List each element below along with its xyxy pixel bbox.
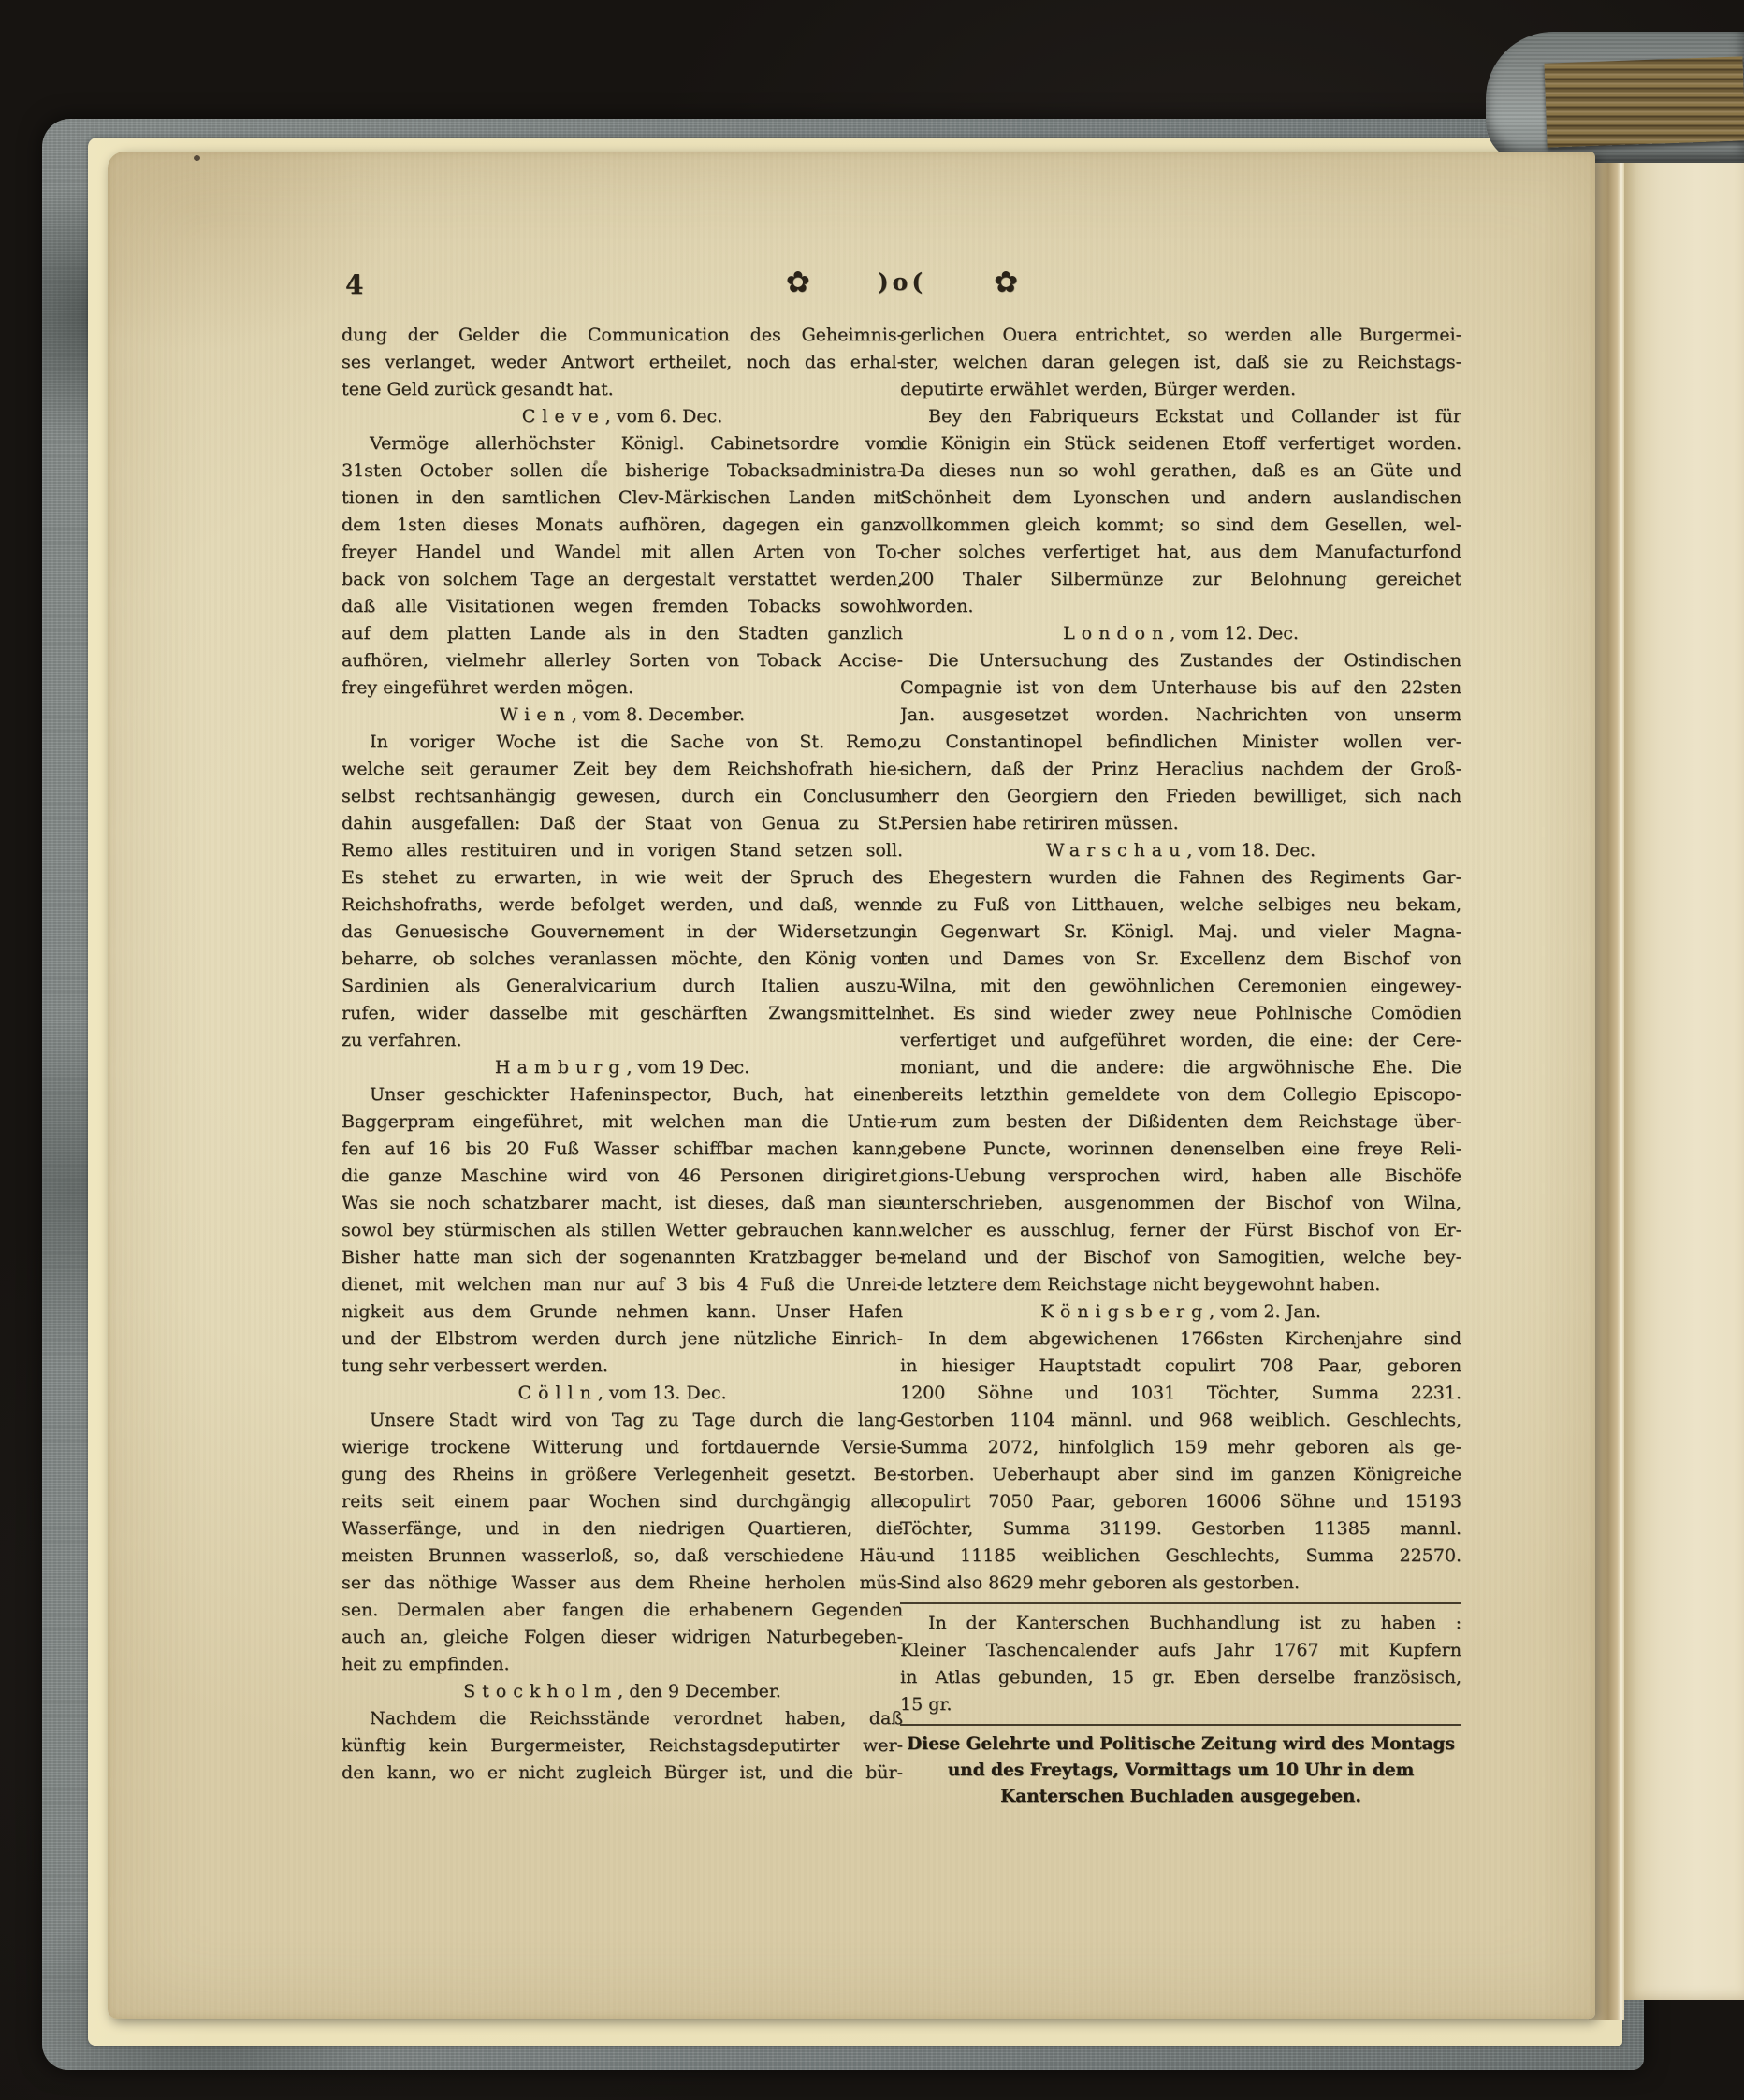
dateline-date: , den 9 December.	[618, 1681, 781, 1702]
newspaper-page: 4 ✿ )o( ✿ dung der Gelder die Communicat…	[108, 152, 1595, 2019]
fleuron-icon: ✿	[994, 264, 1018, 301]
divider-rule	[900, 1718, 1461, 1731]
text-line: Remo alles restituiren und in vorigen St…	[342, 837, 903, 864]
text-line: dahin ausgefallen: Daß der Staat von Gen…	[342, 810, 903, 837]
text-line: verfertiget und aufgeführet worden, die …	[900, 1027, 1461, 1054]
text-line: dem 1sten dieses Monats aufhören, dagege…	[342, 512, 903, 539]
text-line: die ganze Maschine wird von 46 Personen …	[342, 1163, 903, 1190]
text-line: Gestorben 1104 männl. und 968 weiblich. …	[900, 1407, 1461, 1434]
dateline-heading: Hamburg, vom 19 Dec.	[342, 1054, 903, 1081]
divider-rule	[900, 1597, 1461, 1610]
text-line: 1200 Söhne und 1031 Töchter, Summa 2231.	[900, 1380, 1461, 1407]
text-line: frey eingeführet werden mögen.	[342, 674, 903, 702]
text-line: sowol bey stürmischen als stillen Wetter…	[342, 1217, 903, 1244]
imprint-line: Diese Gelehrte und Politische Zeitung wi…	[900, 1731, 1461, 1758]
text-line: nigkeit aus dem Grunde nehmen kann. Unse…	[342, 1298, 903, 1325]
text-line: ten und Dames von Sr. Excellenz dem Bisc…	[900, 946, 1461, 973]
text-line: Jan. ausgesetzet worden. Nachrichten von…	[900, 702, 1461, 729]
text-line: reits seit einem paar Wochen sind durchg…	[342, 1488, 903, 1515]
text-line: de zu Fuß von Litthauen, welche selbiges…	[900, 891, 1461, 919]
text-line: tung sehr verbessert werden.	[342, 1353, 903, 1380]
imprint-line: und des Freytags, Vormittags um 10 Uhr i…	[900, 1758, 1461, 1784]
text-line: dung der Gelder die Communication des Ge…	[342, 322, 903, 349]
text-line: heit zu empfinden.	[342, 1651, 903, 1678]
paper-speck	[194, 155, 200, 161]
text-line: storben. Ueberhaupt aber sind im ganzen …	[900, 1461, 1461, 1488]
text-line: Was sie noch schatzbarer macht, ist dies…	[342, 1190, 903, 1217]
dateline-heading: Cölln, vom 13. Dec.	[342, 1380, 903, 1407]
text-line: ser das nöthige Wasser aus dem Rheine he…	[342, 1570, 903, 1597]
text-line: Bisher hatte man sich der sogenannten Kr…	[342, 1244, 903, 1271]
text-line: vollkommen gleich kommt; so sind dem Ges…	[900, 512, 1461, 539]
text-line: Reichshofraths, werde befolget werden, u…	[342, 891, 903, 919]
text-line: unterschrieben, ausgenommen der Bischof …	[900, 1190, 1461, 1217]
dateline-city: Warschau	[1046, 840, 1186, 861]
right-text-column: gerlichen Ouera entrichtet, so werden al…	[900, 322, 1461, 1810]
left-text-column: dung der Gelder die Communication des Ge…	[342, 322, 903, 1787]
text-line: Ehegestern wurden die Fahnen des Regimen…	[900, 864, 1461, 891]
dateline-date: , vom 19 Dec.	[626, 1057, 749, 1078]
dateline-heading: Königsberg, vom 2. Jan.	[900, 1298, 1461, 1325]
text-line: welche seit geraumer Zeit bey dem Reichs…	[342, 756, 903, 783]
text-line: In dem abgewichenen 1766sten Kirchenjahr…	[900, 1325, 1461, 1353]
text-line: Schönheit dem Lyonschen und andern ausla…	[900, 485, 1461, 512]
text-line: welcher es ausschlug, ferner der Fürst B…	[900, 1217, 1461, 1244]
dateline-city: London	[1063, 623, 1170, 644]
dateline-heading: Cleve, vom 6. Dec.	[342, 403, 903, 430]
text-line: und 11185 weiblichen Geschlechts, Summa …	[900, 1542, 1461, 1570]
text-line: in Gegenwart Sr. Königl. Maj. und vieler…	[900, 919, 1461, 946]
text-line: Die Untersuchung des Zustandes der Ostin…	[900, 647, 1461, 674]
dateline-date: , vom 8. December.	[572, 704, 745, 725]
text-line: Nachdem die Reichsstände verordnet haben…	[342, 1705, 903, 1732]
text-line: aufhören, vielmehr allerley Sorten von T…	[342, 647, 903, 674]
text-line: das Genuesische Gouvernement in der Wide…	[342, 919, 903, 946]
text-line: künftig kein Burgermeister, Reichstagsde…	[342, 1732, 903, 1760]
imprint-line: Kanterschen Buchladen ausgegeben.	[900, 1784, 1461, 1810]
text-line: Baggerpram eingeführet, mit welchen man …	[342, 1108, 903, 1136]
text-line: zu verfahren.	[342, 1027, 903, 1054]
text-line: gerlichen Ouera entrichtet, so werden al…	[900, 322, 1461, 349]
text-line: Vermöge allerhöchster Königl. Cabinetsor…	[342, 430, 903, 457]
page-header: 4 ✿ )o( ✿	[342, 264, 1462, 314]
text-line: deputirte erwählet werden, Bürger werden…	[900, 376, 1461, 403]
text-line: Töchter, Summa 31199. Gestorben 11385 ma…	[900, 1515, 1461, 1542]
text-line: tionen in den samtlichen Clev-Märkischen…	[342, 485, 903, 512]
text-line: back von solchem Tage an dergestalt vers…	[342, 566, 903, 593]
text-line: 200 Thaler Silbermünze zur Belohnung ger…	[900, 566, 1461, 593]
text-line: rufen, wider dasselbe mit geschärften Zw…	[342, 1000, 903, 1027]
text-line: Persien habe retiriren müssen.	[900, 810, 1461, 837]
text-line: freyer Handel und Wandel mit allen Arten…	[342, 539, 903, 566]
text-line: Unsere Stadt wird von Tag zu Tage durch …	[342, 1407, 903, 1434]
text-line: moniant, und die andere: die argwöhnisch…	[900, 1054, 1461, 1081]
text-line: auf dem platten Lande als in den Stadten…	[342, 620, 903, 647]
dateline-city: Hamburg	[495, 1057, 627, 1078]
text-line: den kann, wo er nicht zugleich Bürger is…	[342, 1760, 903, 1787]
text-line: herr den Georgiern den Frieden bewillige…	[900, 783, 1461, 810]
text-line: Es stehet zu erwarten, in wie weit der S…	[342, 864, 903, 891]
text-line: meland und der Bischof von Samogitien, w…	[900, 1244, 1461, 1271]
text-line: het. Es sind wieder zwey neue Pohlnische…	[900, 1000, 1461, 1027]
text-line: 31sten October sollen die bisherige Toba…	[342, 457, 903, 485]
dateline-date: , vom 6. Dec.	[605, 406, 723, 427]
text-line: gions-Uebung versprochen wird, haben all…	[900, 1163, 1461, 1190]
text-line: dienet, mit welchen man nur auf 3 bis 4 …	[342, 1271, 903, 1298]
scan-background: 4 ✿ )o( ✿ dung der Gelder die Communicat…	[0, 0, 1744, 2100]
text-line: bereits letzthin gemeldete von dem Colle…	[900, 1081, 1461, 1108]
text-line: copulirt 7050 Paar, geboren 16006 Söhne …	[900, 1488, 1461, 1515]
header-ornaments: ✿ )o( ✿	[342, 264, 1462, 301]
dateline-heading: London, vom 12. Dec.	[900, 620, 1461, 647]
text-line: worden.	[900, 593, 1461, 620]
text-line: de letztere dem Reichstage nicht beygewo…	[900, 1271, 1461, 1298]
text-line: und der Elbstrom werden durch jene nützl…	[342, 1325, 903, 1353]
text-line: tene Geld zurück gesandt hat.	[342, 376, 903, 403]
text-line: auch an, gleiche Folgen dieser widrigen …	[342, 1624, 903, 1651]
text-line: 15 gr.	[900, 1691, 1461, 1718]
text-line: daß alle Visitationen wegen fremden Toba…	[342, 593, 903, 620]
text-line: In voriger Woche ist die Sache von St. R…	[342, 729, 903, 756]
text-line: fen auf 16 bis 20 Fuß Wasser schiffbar m…	[342, 1136, 903, 1163]
page-block-fore-edge	[1544, 56, 1744, 147]
text-line: Summa 2072, hinfolglich 159 mehr geboren…	[900, 1434, 1461, 1461]
text-line: sichern, daß der Prinz Heraclius nachdem…	[900, 756, 1461, 783]
dateline-heading: Wien, vom 8. December.	[342, 702, 903, 729]
dateline-date: , vom 13. Dec.	[598, 1383, 727, 1403]
text-line: meisten Brunnen wasserloß, so, daß versc…	[342, 1542, 903, 1570]
dateline-city: Wien	[500, 704, 572, 725]
text-line: rum zum besten der Dißidenten dem Reichs…	[900, 1108, 1461, 1136]
dateline-date: , vom 12. Dec.	[1170, 623, 1299, 644]
section-mark-icon: )o(	[878, 264, 926, 301]
fleuron-icon: ✿	[786, 264, 810, 301]
text-line: Kleiner Taschencalender aufs Jahr 1767 m…	[900, 1637, 1461, 1664]
text-line: die Königin ein Stück seidenen Etoff ver…	[900, 430, 1461, 457]
text-line: gebene Puncte, worinnen denenselben eine…	[900, 1136, 1461, 1163]
dateline-city: Cölln	[517, 1383, 597, 1403]
text-line: selbst rechtsanhängig gewesen, durch ein…	[342, 783, 903, 810]
dateline-city: Stockholm	[463, 1681, 618, 1702]
text-line: ses verlanget, weder Antwort ertheilet, …	[342, 349, 903, 376]
text-line: Sind also 8629 mehr geboren als gestorbe…	[900, 1570, 1461, 1597]
text-line: In der Kanterschen Buchhandlung ist zu h…	[900, 1610, 1461, 1637]
text-line: beharre, ob solches veranlassen möchte, …	[342, 946, 903, 973]
text-line: gung des Rheins in größere Verlegenheit …	[342, 1461, 903, 1488]
dateline-city: Königsberg	[1040, 1301, 1209, 1322]
text-line: Wasserfänge, und in den niedrigen Quarti…	[342, 1515, 903, 1542]
text-line: Sardinien als Generalvicarium durch Ital…	[342, 973, 903, 1000]
dateline-date: , vom 2. Jan.	[1209, 1301, 1321, 1322]
text-line: sen. Dermalen aber fangen die erhabenern…	[342, 1597, 903, 1624]
facing-page	[1624, 134, 1744, 2000]
dateline-date: , vom 18. Dec.	[1186, 840, 1315, 861]
text-line: cher solches verfertiget hat, aus dem Ma…	[900, 539, 1461, 566]
text-line: Bey den Fabriqueurs Eckstat und Collande…	[900, 403, 1461, 430]
text-line: Wilna, mit den gewöhnlichen Ceremonien e…	[900, 973, 1461, 1000]
dateline-city: Cleve	[522, 406, 605, 427]
text-line: in Atlas gebunden, 15 gr. Eben derselbe …	[900, 1664, 1461, 1691]
dateline-heading: Stockholm, den 9 December.	[342, 1678, 903, 1705]
text-line: in hiesiger Hauptstadt copulirt 708 Paar…	[900, 1353, 1461, 1380]
dateline-heading: Warschau, vom 18. Dec.	[900, 837, 1461, 864]
text-line: Da dieses nun so wohl gerathen, daß es a…	[900, 457, 1461, 485]
text-line: zu Constantinopel befindlichen Minister …	[900, 729, 1461, 756]
text-line: Compagnie ist von dem Unterhause bis auf…	[900, 674, 1461, 702]
text-line: ster, welchen daran gelegen ist, daß sie…	[900, 349, 1461, 376]
text-line: wierige trockene Witterung und fortdauer…	[342, 1434, 903, 1461]
text-line: Unser geschickter Hafeninspector, Buch, …	[342, 1081, 903, 1108]
